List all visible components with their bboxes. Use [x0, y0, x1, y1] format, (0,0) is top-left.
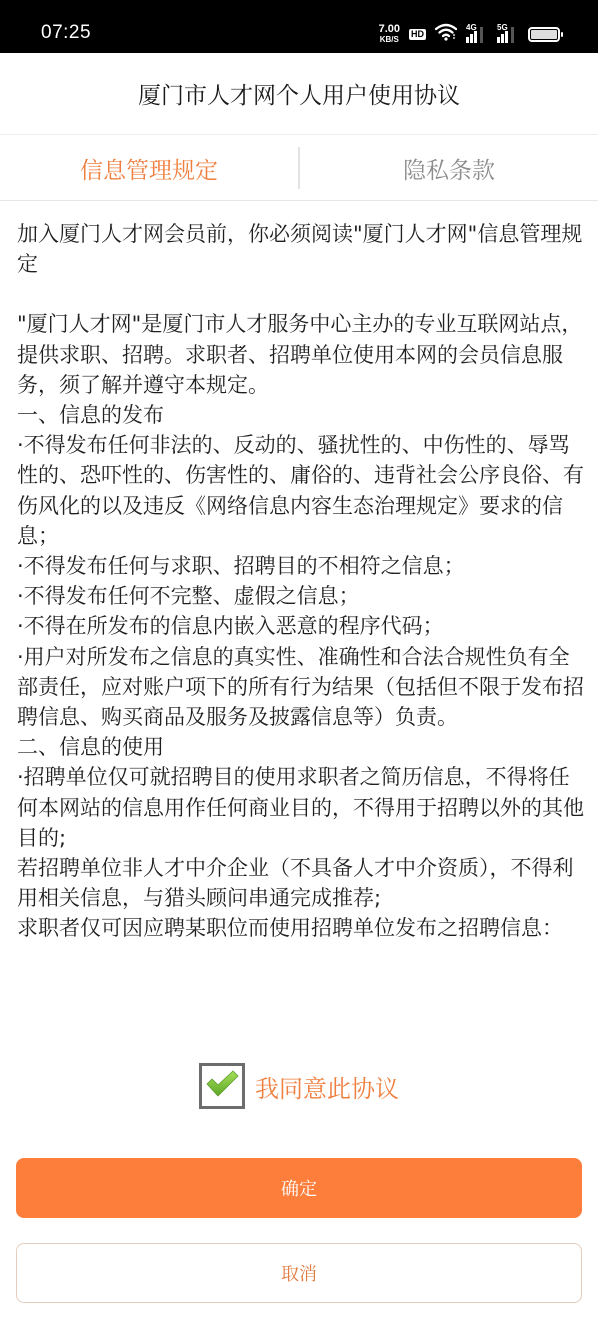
- section-heading-publishing: 一、信息的发布: [17, 400, 587, 430]
- paragraph-gap: [17, 279, 587, 309]
- cancel-button[interactable]: 取消: [16, 1243, 582, 1303]
- confirm-button[interactable]: 确定: [16, 1158, 582, 1218]
- rule-item: ·不得在所发布的信息内嵌入恶意的程序代码；: [17, 611, 587, 641]
- section-heading-usage: 二、信息的使用: [17, 732, 587, 762]
- checkmark-icon: [204, 1069, 240, 1103]
- tab-bar: 信息管理规定 隐私条款: [0, 136, 598, 201]
- signal-4g-label: 4G: [466, 23, 477, 32]
- rule-item: ·招聘单位仅可就招聘目的使用求职者之简历信息，不得将任何本网站的信息用作任何商业…: [17, 762, 587, 853]
- tab-privacy-terms[interactable]: 隐私条款: [300, 136, 598, 200]
- signal-4g-icon: 4G: [466, 25, 488, 43]
- signal-5g-label: 5G: [497, 23, 508, 32]
- paragraph-overview: "厦门人才网"是厦门市人才服务中心主办的专业互联网站点，提供求职、招聘。求职者、…: [17, 309, 587, 400]
- intro-text: 加入厦门人才网会员前，你必须阅读"厦门人才网"信息管理规定: [17, 219, 587, 279]
- rule-item: 求职者仅可因应聘某职位而使用招聘单位发布之招聘信息：: [17, 913, 587, 943]
- rule-item: ·不得发布任何非法的、反动的、骚扰性的、中伤性的、辱骂性的、恐吓性的、伤害性的、…: [17, 430, 587, 551]
- page-title: 厦门市人才网个人用户使用协议: [138, 77, 460, 110]
- network-speed: 7.00 KB/S: [379, 24, 400, 44]
- status-time: 07:25: [41, 22, 91, 44]
- rule-item: 若招聘单位非人才中介企业（不具备人才中介资质），不得利用相关信息，与猎头顾问串通…: [17, 853, 587, 913]
- agree-row: 我同意此协议: [0, 1060, 598, 1112]
- agree-checkbox[interactable]: [199, 1063, 245, 1109]
- tab-info-management[interactable]: 信息管理规定: [0, 136, 298, 200]
- status-bar: 07:25 7.00 KB/S HD 4G 5G: [0, 0, 598, 53]
- agree-label[interactable]: 我同意此协议: [255, 1069, 399, 1104]
- status-icons: 7.00 KB/S HD 4G 5G: [379, 22, 560, 46]
- network-speed-unit: KB/S: [380, 36, 399, 44]
- agreement-content[interactable]: 加入厦门人才网会员前，你必须阅读"厦门人才网"信息管理规定 "厦门人才网"是厦门…: [17, 219, 587, 944]
- title-bar: 厦门市人才网个人用户使用协议: [0, 53, 598, 135]
- rule-item: ·用户对所发布之信息的真实性、准确性和合法合规性负有全部责任，应对账户项下的所有…: [17, 642, 587, 733]
- wifi-icon: [435, 23, 457, 45]
- signal-5g-icon: 5G: [497, 25, 519, 43]
- hd-voice-icon: HD: [409, 29, 426, 40]
- battery-icon: [528, 27, 560, 42]
- rule-item: ·不得发布任何不完整、虚假之信息；: [17, 581, 587, 611]
- network-speed-value: 7.00: [379, 24, 400, 35]
- rule-item: ·不得发布任何与求职、招聘目的不相符之信息；: [17, 551, 587, 581]
